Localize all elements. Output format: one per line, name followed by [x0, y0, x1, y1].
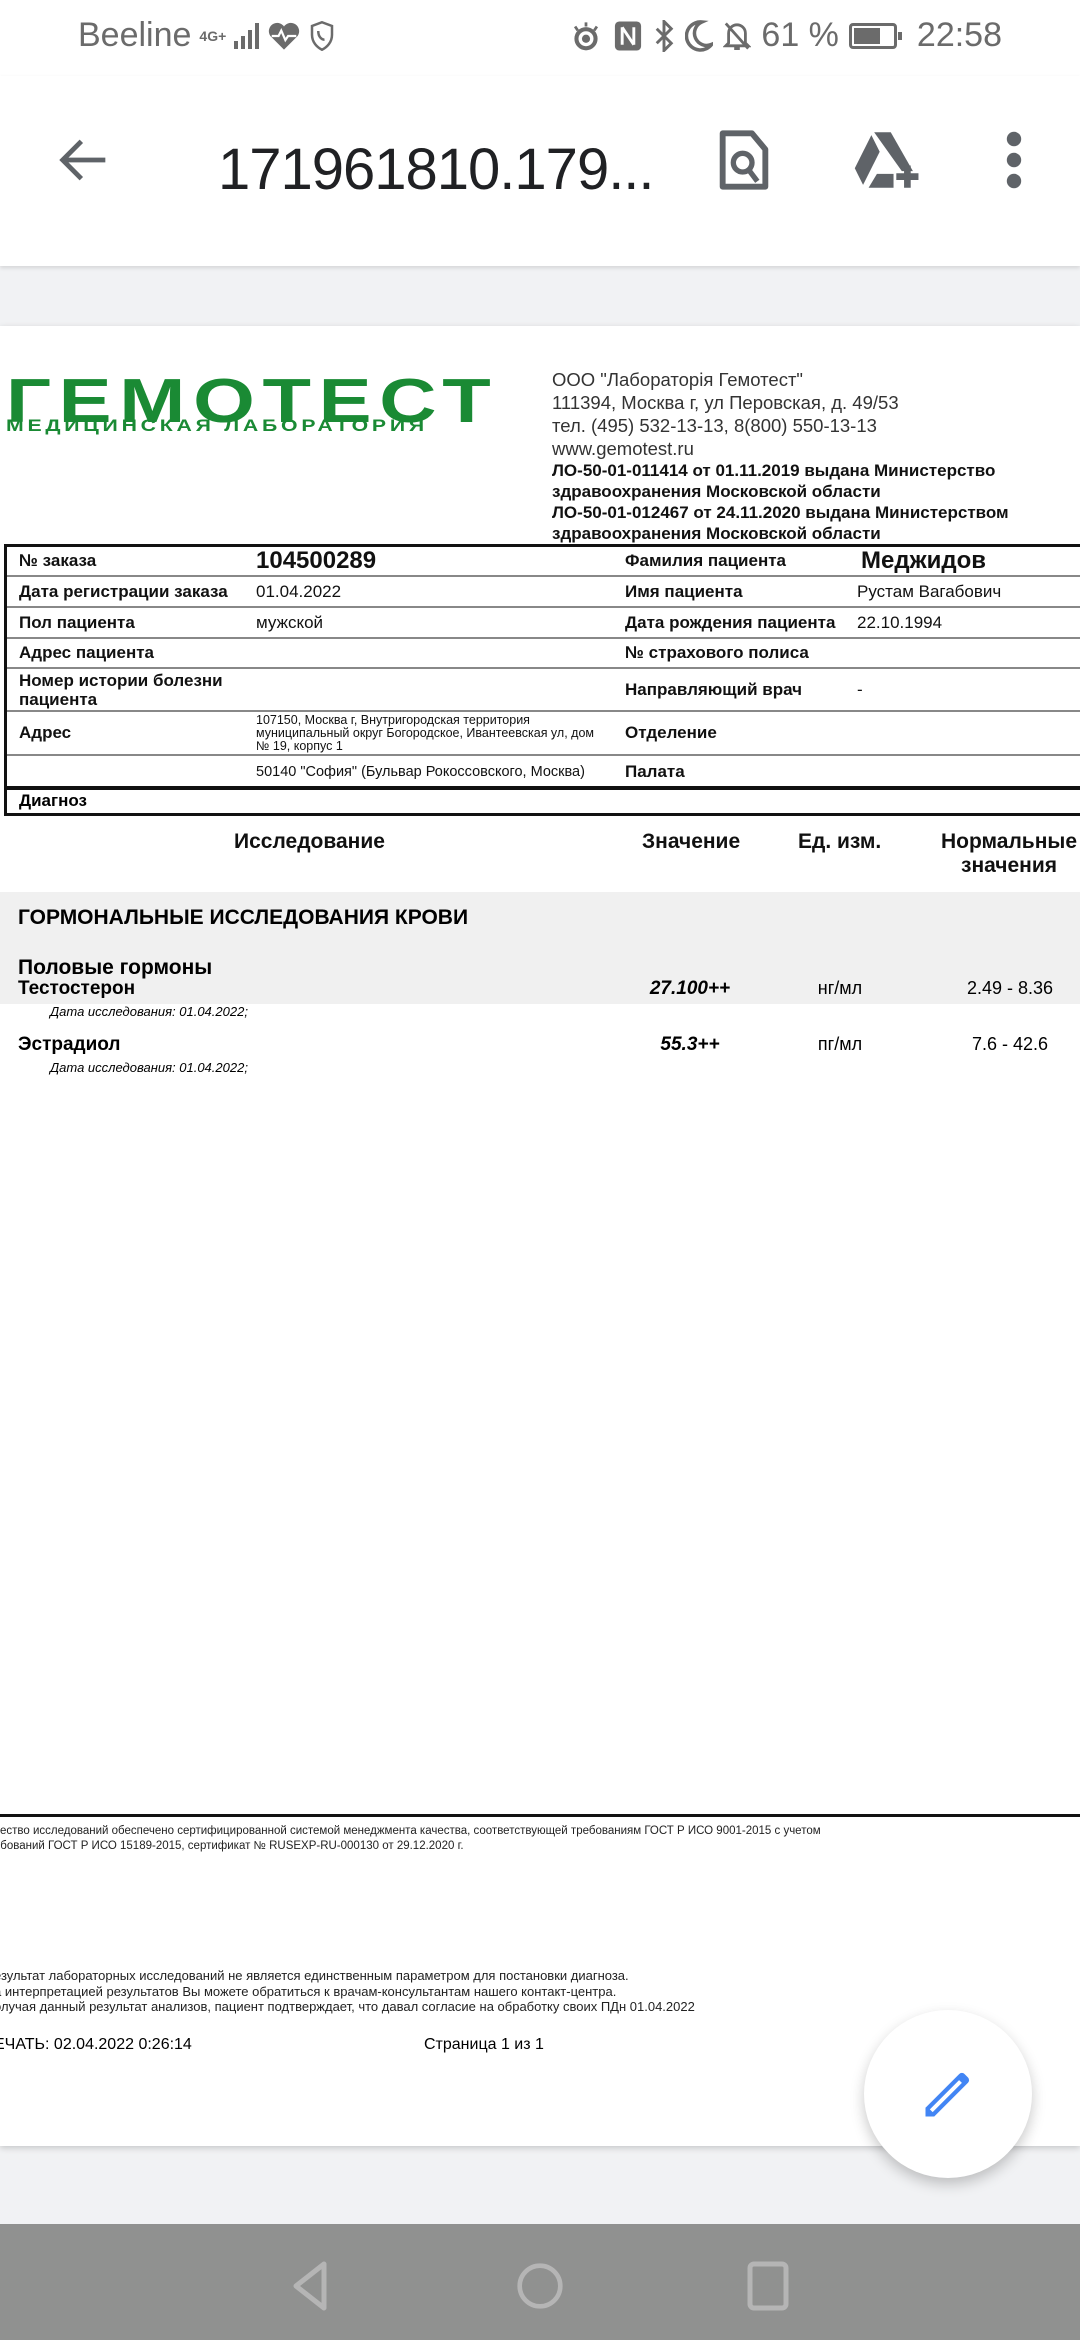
name-label: Имя пациента [607, 577, 853, 606]
history-value [252, 669, 607, 710]
quality-line-2: ебований ГОСТ Р ИСО 15189-2015, сертифик… [0, 1839, 821, 1854]
battery-icon [849, 23, 897, 49]
page-number: Страница 1 из 1 [424, 2036, 544, 2054]
notifications-off-icon [723, 20, 751, 52]
lab-logo-subtitle: МЕДИЦИНСКАЯ ЛАБОРАТОРИЯ [6, 416, 428, 436]
nav-recents-button[interactable] [744, 2262, 792, 2310]
document-title: 171961810.179... [218, 136, 654, 203]
company-phone: тел. (495) 532-13-13, 8(800) 550-13-13 [552, 414, 1009, 437]
test-unit: пг/мл [790, 1034, 890, 1055]
license-1-cont: здравоохранения Московской области [552, 481, 1009, 502]
patient-address-label: Адрес пациента [7, 639, 252, 667]
birth-date-value: 22.10.1994 [853, 608, 1080, 637]
patient-info-table: № заказа 104500289 Фамилия пациента Медж… [4, 544, 1080, 790]
call-shield-icon [309, 21, 335, 51]
doctor-value: - [853, 669, 1080, 710]
quality-line-1: чество исследований обеспечено сертифици… [0, 1824, 821, 1839]
license-2-cont: здравоохранения Московской области [552, 523, 1009, 544]
sex-value: мужской [252, 608, 607, 637]
doctor-label: Направляющий врач [607, 669, 853, 710]
address-value: 107150, Москва г, Внутригородская террит… [252, 712, 607, 754]
disclaimer-line-3: олучая данный результат анализов, пациен… [0, 1999, 695, 2015]
nav-back-icon [286, 2260, 334, 2312]
arrow-back-icon [52, 128, 116, 192]
policy-label: № страхового полиса [607, 639, 853, 667]
test-row: Тестостерон 27.100++ нг/мл 2.49 - 8.36 Д… [0, 978, 1080, 1034]
history-label: Номер истории болезни пациента [7, 669, 252, 710]
signal-icon [234, 23, 259, 49]
add-to-drive-button[interactable] [848, 120, 928, 200]
test-date: Дата исследования: 01.04.2022; [50, 1004, 248, 1019]
sex-label: Пол пациента [7, 608, 252, 637]
disclaimer-line-2: а интерпретацией результатов Вы можете о… [0, 1984, 695, 2000]
reg-date-label: Дата регистрации заказа [7, 577, 252, 606]
office-value: 50140 "София" (Бульвар Рокоссовского, Мо… [252, 756, 607, 787]
department-label: Отделение [607, 712, 853, 754]
disclaimer-line-1: езультат лабораторных исследований не яв… [0, 1968, 695, 1984]
do-not-disturb-moon-icon [685, 20, 713, 52]
reg-date-value: 01.04.2022 [252, 577, 607, 606]
license-2: ЛО-50-01-012467 от 24.11.2020 выдана Мин… [552, 502, 1009, 523]
test-unit: нг/мл [790, 978, 890, 999]
battery-percent: 61 % [761, 16, 839, 55]
surname-label: Фамилия пациента [607, 547, 853, 575]
header-value: Значение [642, 830, 740, 854]
license-1: ЛО-50-01-011414 от 01.11.2019 выдана Мин… [552, 460, 1009, 481]
health-heart-icon [267, 21, 301, 51]
diagnosis-row: Диагноз [4, 786, 1080, 816]
ward-value [853, 756, 1080, 787]
edit-fab-button[interactable] [864, 2010, 1032, 2178]
department-value [853, 712, 1080, 754]
company-info: ООО "Лабораторія Гемотест" 111394, Москв… [552, 368, 1009, 544]
eye-comfort-icon [569, 21, 603, 51]
status-bar: Beeline 4G+ 61 % 22:58 [0, 0, 1080, 76]
back-button[interactable] [52, 128, 116, 192]
section-title: ГОРМОНАЛЬНЫЕ ИССЛЕДОВАНИЯ КРОВИ [18, 906, 468, 930]
more-vert-icon [1004, 130, 1024, 190]
document-page: ГЕМОТЕСТ МЕДИЦИНСКАЯ ЛАБОРАТОРИЯ ООО "Ла… [0, 326, 1080, 2146]
test-name: Тестостерон [18, 978, 135, 1000]
test-value: 55.3++ [610, 1034, 770, 1056]
diagnosis-label: Диагноз [19, 791, 87, 811]
birth-date-label: Дата рождения пациента [607, 608, 853, 637]
system-nav-bar [0, 2224, 1080, 2340]
test-name: Эстрадиол [18, 1034, 121, 1056]
company-name: ООО "Лабораторія Гемотест" [552, 368, 1009, 391]
order-label: № заказа [7, 547, 252, 575]
company-address: 111394, Москва г, ул Перовская, д. 49/53 [552, 391, 1009, 414]
ward-label: Палата [607, 756, 853, 787]
nav-home-button[interactable] [516, 2262, 564, 2310]
test-norm: 2.49 - 8.36 [940, 978, 1080, 999]
app-bar: 171961810.179... [0, 76, 1080, 266]
bluetooth-icon [653, 20, 675, 52]
find-in-document-button[interactable] [704, 120, 784, 200]
header-unit: Ед. изм. [798, 830, 881, 854]
clock: 22:58 [917, 16, 1002, 55]
order-number: 104500289 [252, 547, 607, 575]
test-date: Дата исследования: 01.04.2022; [50, 1060, 248, 1075]
patient-name: Рустам Вагабович [853, 577, 1080, 606]
policy-value [853, 639, 1080, 667]
add-to-drive-icon [852, 128, 924, 192]
header-study: Исследование [234, 830, 385, 854]
nav-home-icon [516, 2260, 564, 2312]
subsection-title: Половые гормоны [18, 956, 212, 980]
test-row: Эстрадиол 55.3++ пг/мл 7.6 - 42.6 Дата и… [0, 1034, 1080, 1090]
company-site: www.gemotest.ru [552, 437, 1009, 460]
more-options-button[interactable] [974, 120, 1054, 200]
nav-recents-icon [744, 2260, 792, 2312]
network-type: 4G+ [199, 29, 226, 43]
footer-divider [0, 1814, 1080, 1817]
test-norm: 7.6 - 42.6 [940, 1034, 1080, 1055]
nfc-icon [613, 20, 643, 52]
print-timestamp: ЕЧАТЬ: 02.04.2022 0:26:14 [0, 2036, 192, 2054]
disclaimer: езультат лабораторных исследований не яв… [0, 1968, 695, 2015]
patient-address-value [252, 639, 607, 667]
find-in-document-icon [716, 128, 772, 192]
test-value: 27.100++ [610, 978, 770, 1000]
header-norm: Нормальные значения [938, 830, 1080, 878]
carrier-name: Beeline [78, 16, 191, 55]
edit-pencil-icon [918, 2064, 978, 2124]
nav-back-button[interactable] [286, 2262, 334, 2310]
address-label: Адрес [7, 712, 252, 754]
patient-surname: Меджидов [853, 547, 1080, 575]
quality-statement: чество исследований обеспечено сертифици… [0, 1824, 821, 1854]
